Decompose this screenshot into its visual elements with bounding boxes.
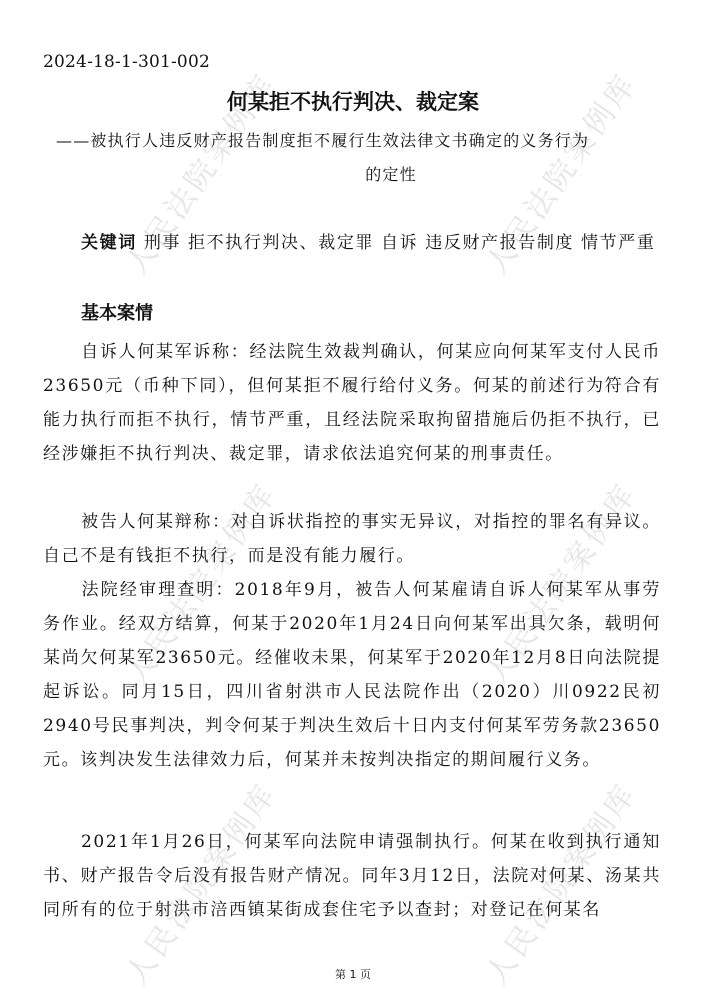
document-subtitle: ——被执行人违反财产报告制度拒不履行生效法律文书确定的义务行为 的定性 [56,124,676,192]
paragraph-text: 被告人何某辩称：对自诉状指控的事实无异议，对指控的罪名有异议。自己不是有钱拒不执… [43,512,661,566]
keywords-label: 关键词 [81,233,137,253]
keywords-text: 刑事 拒不执行判决、裁定罪 自诉 违反财产报告制度 情节严重 [144,233,656,253]
body-paragraph: 2021年1月26日，何某军向法院申请强制执行。何某在收到执行通知书、财产报告令… [43,825,661,927]
paragraph-text: 2021年1月26日，何某军向法院申请强制执行。何某在收到执行通知书、财产报告令… [43,832,661,920]
section-heading: 基本案情 [81,299,153,325]
keywords-paragraph: 关键词 刑事 拒不执行判决、裁定罪 自诉 违反财产报告制度 情节严重 [43,226,661,260]
subtitle-line-1: ——被执行人违反财产报告制度拒不履行生效法律文书确定的义务行为 [56,131,589,150]
body-paragraph: 法院经审理查明：2018年9月，被告人何某雇请自诉人何某军从事劳务作业。经双方结… [43,573,661,777]
body-paragraph: 自诉人何某军诉称：经法院生效裁判确认，何某应向何某军支付人民币23650元（币种… [43,335,661,471]
subtitle-line-2: 的定性 [106,158,676,192]
page-number: 第 1 页 [0,966,706,982]
document-title: 何某拒不执行判决、裁定案 [0,86,706,116]
paragraph-text: 法院经审理查明：2018年9月，被告人何某雇请自诉人何某军从事劳务作业。经双方结… [43,580,661,770]
case-number: 2024-18-1-301-002 [43,52,210,72]
body-paragraph: 被告人何某辩称：对自诉状指控的事实无异议，对指控的罪名有异议。自己不是有钱拒不执… [43,505,661,573]
paragraph-text: 自诉人何某军诉称：经法院生效裁判确认，何某应向何某军支付人民币23650元（币种… [43,342,661,464]
